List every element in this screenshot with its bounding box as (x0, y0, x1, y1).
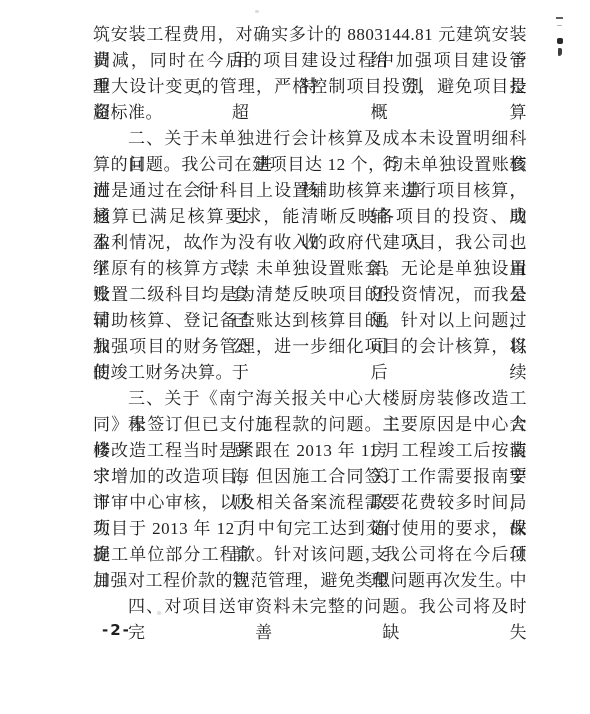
scan-speck-top (255, 10, 259, 13)
text-line: 施工单位部分工程款。针对该问题，我公司将在今后项目管理中 (93, 542, 527, 568)
text-line: 修改造工程当时是紧跟在 2013 年 11 月工程竣工后按南宁海关要 (93, 438, 527, 464)
scan-speck-dot (557, 38, 563, 44)
text-line: 调减，同时在今后的项目建设过程中加强项目建设管理，特别是 (93, 48, 527, 74)
text-line: 辅助核算、登记备查账达到核算目的。针对以上问题，我公司将 (93, 308, 527, 334)
text-line: 项目于 2013 年 12 月中旬完工达到交付使用的要求，故提前支付 (93, 516, 527, 542)
text-line: 核算已满足核算要求，能清晰反映各项目的投资、成本、收入、 (93, 204, 527, 230)
scan-speck-comma (558, 48, 562, 56)
text-line: 加强项目的财务管理，进一步细化项目的会计核算，以便于后续 (93, 334, 527, 360)
scan-speck-dash (556, 17, 563, 19)
scanned-document-page: 筑安装工程费用，对确实多计的 8803144.81 元建筑安装费用给予调减，同时… (0, 0, 590, 714)
text-line: 三、关于《南宁海关报关中心大楼厨房装修改造工程施工合 (93, 386, 527, 412)
text-line: 筑安装工程费用，对确实多计的 8803144.81 元建筑安装费用给予 (93, 22, 527, 48)
page-number: -2- (102, 621, 131, 639)
scan-speck-lower (157, 611, 161, 615)
text-line: 了原有的核算方式，未单独设置账套。无论是单独设置账套还是 (93, 256, 527, 282)
text-line: 求增加的改造项目，但因施工合同签订工作需要报南宁市财政局 (93, 464, 527, 490)
text-line: 重大设计变更的管理，严格控制项目投资，避免项目投资超概算 (93, 74, 527, 100)
text-line: 四、对项目送审资料未完整的问题。我公司将及时完善缺失 (93, 594, 527, 620)
text-line: 而是通过在会计科目上设置辅助核算来进行项目核算，通过辅助 (93, 178, 527, 204)
text-line: 评审中心审核，以及相关备案流程需要花费较多时间，为了确保 (93, 490, 527, 516)
scan-speck-dash-faint (557, 25, 562, 26)
text-line: 算的问题。我公司在建项目达 12 个，均未单独设置账套进行核算， (93, 152, 527, 178)
text-line: 设置二级科目均是为清楚反映项目的投资情况，而我公司已通过 (93, 282, 527, 308)
text-line: 盈利情况，故作为没有收入的政府代建项目，我公司也继续沿用 (93, 230, 527, 256)
text-line: 同》未签订但已支付工程款的问题。主要原因是中心大楼厨房装 (93, 412, 527, 438)
text-line: 二、关于未单独进行会计核算及成本未设置明细科目进行核 (93, 126, 527, 152)
document-text: 筑安装工程费用，对确实多计的 8803144.81 元建筑安装费用给予调减，同时… (93, 22, 527, 620)
text-line: 加强对工程价款的规范管理，避免类似问题再次发生。 (93, 568, 527, 594)
